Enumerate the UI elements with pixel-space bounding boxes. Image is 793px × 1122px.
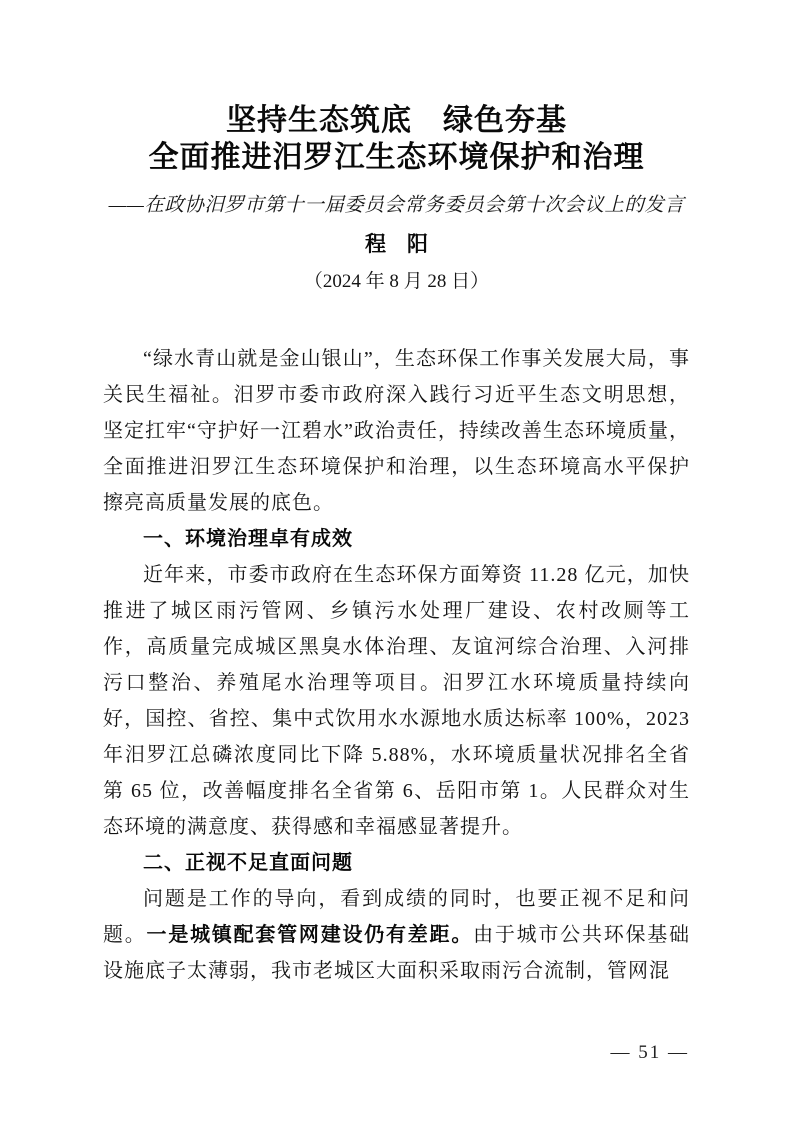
document-subtitle: ——在政协汨罗市第十一届委员会常务委员会第十次会议上的发言 (103, 193, 690, 219)
body-text: “绿水青山就是金山银山”，生态环保工作事关发展大局，事关民生福祉。汨罗市委市政府… (103, 341, 690, 989)
document-page: 坚持生态筑底 绿色夯基 全面推进汨罗江生态环境保护和治理 ——在政协汨罗市第十一… (0, 0, 793, 1122)
section-heading-1: 一、环境治理卓有成效 (103, 521, 690, 557)
paragraph-achievements: 近年来，市委市政府在生态环保方面筹资 11.28 亿元，加快推进了城区雨污管网、… (103, 557, 690, 845)
paragraph-problems-bold-point: 一是城镇配套管网建设仍有差距。 (147, 924, 474, 946)
title-block: 坚持生态筑底 绿色夯基 全面推进汨罗江生态环境保护和治理 (103, 0, 690, 176)
document-date: （2024 年 8 月 28 日） (103, 270, 690, 294)
page-content: 坚持生态筑底 绿色夯基 全面推进汨罗江生态环境保护和治理 ——在政协汨罗市第十一… (103, 0, 690, 989)
page-number: — 51 — (611, 1042, 690, 1064)
paragraph-problems: 问题是工作的导向，看到成绩的同时，也要正视不足和问题。一是城镇配套管网建设仍有差… (103, 881, 690, 989)
author-name: 程 阳 (103, 231, 690, 257)
paragraph-intro: “绿水青山就是金山银山”，生态环保工作事关发展大局，事关民生福祉。汨罗市委市政府… (103, 341, 690, 521)
document-title-line-1: 坚持生态筑底 绿色夯基 (103, 102, 690, 139)
section-heading-2: 二、正视不足直面问题 (103, 845, 690, 881)
document-title-line-2: 全面推进汨罗江生态环境保护和治理 (103, 139, 690, 176)
